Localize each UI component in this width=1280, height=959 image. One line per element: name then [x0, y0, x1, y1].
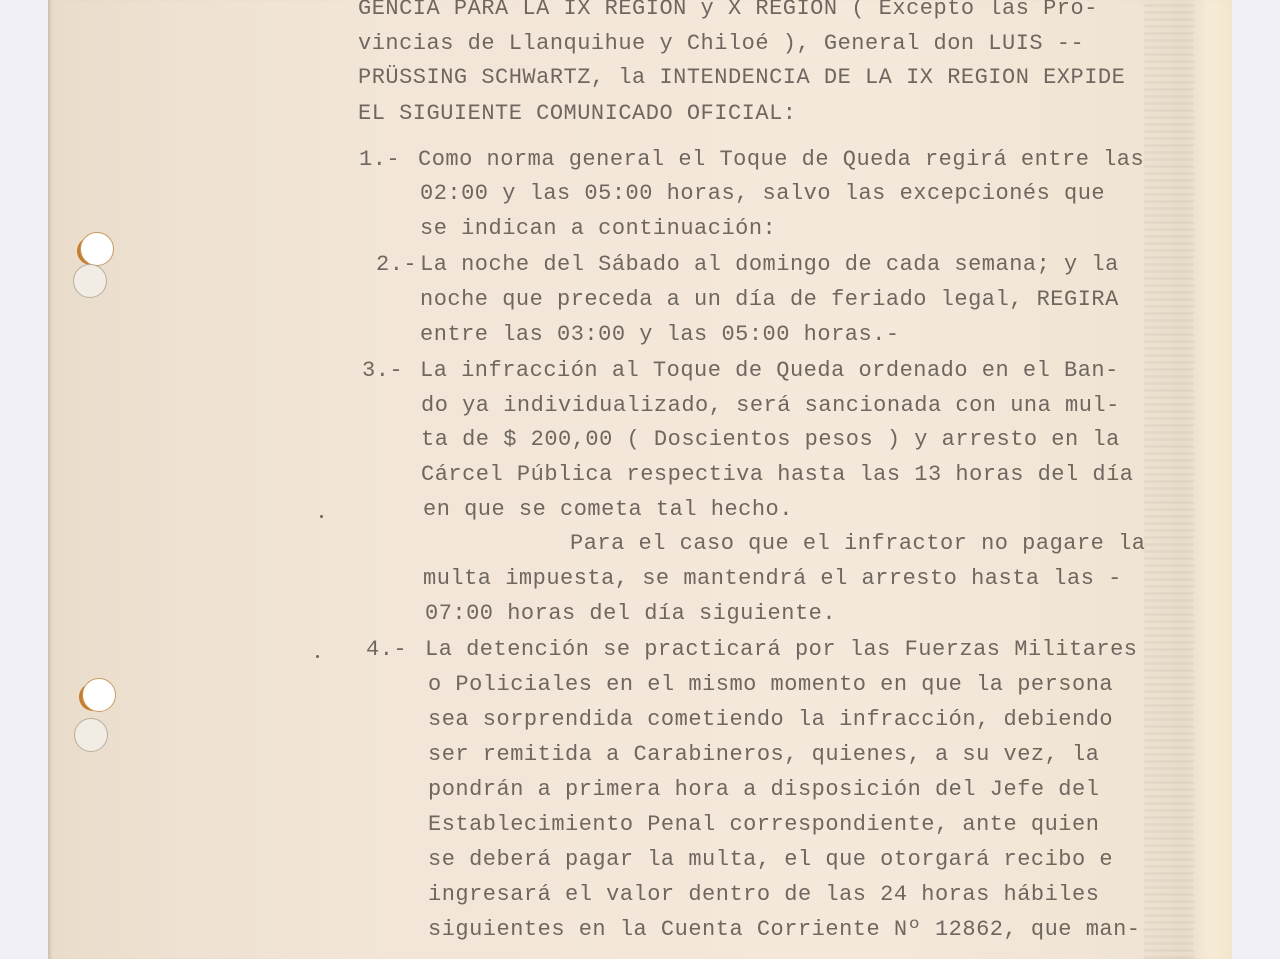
typewritten-text: GENCIA PARA LA IX REGION y X REGION ( Ex… [48, 0, 103, 925]
item-line: se indican a continuación: [420, 216, 776, 241]
intro-line: vincias de Llanquihue y Chiloé ), Genera… [358, 31, 1084, 56]
item-line: noche que preceda a un día de feriado le… [420, 287, 1119, 312]
item-line: La noche del Sábado al domingo de cada s… [420, 252, 1119, 277]
item-line: La infracción al Toque de Queda ordenado… [420, 358, 1119, 383]
item-line: Para el caso que el infractor no pagare … [570, 531, 1146, 556]
item-line: siguientes en la Cuenta Corriente Nº 128… [428, 917, 1141, 942]
paper-speck [316, 655, 319, 658]
item-line: do ya individualizado, será sancionada c… [421, 393, 1120, 418]
item-line: en que se cometa tal hecho. [423, 497, 793, 522]
item-line: ser remitida a Carabineros, quienes, a s… [428, 742, 1099, 767]
item-line: sea sorprendida cometiendo la infracción… [428, 707, 1113, 732]
item-line: 07:00 horas del día siguiente. [425, 601, 836, 626]
item-line: La detención se practicará por las Fuerz… [425, 637, 1138, 662]
item-number: 1.- [359, 147, 400, 172]
paper-speck [320, 515, 323, 518]
item-line: se deberá pagar la multa, el que otorgar… [428, 847, 1113, 872]
item-line: entre las 03:00 y las 05:00 horas.- [420, 322, 900, 347]
item-line: ta de $ 200,00 ( Doscientos pesos ) y ar… [421, 427, 1120, 452]
intro-line: PRÜSSING SCHWaRTZ, la INTENDENCIA DE LA … [358, 65, 1125, 90]
item-line: Como norma general el Toque de Queda reg… [418, 147, 1144, 172]
item-line: Establecimiento Penal correspondiente, a… [428, 812, 1099, 837]
item-line: ingresará el valor dentro de las 24 hora… [428, 882, 1099, 907]
item-line: multa impuesta, se mantendrá el arresto … [423, 566, 1122, 591]
item-line: 02:00 y las 05:00 horas, salvo las excep… [420, 181, 1105, 206]
item-number: 2.- [376, 252, 417, 277]
item-line: pondrán a primera hora a disposición del… [428, 777, 1099, 802]
intro-line: EL SIGUIENTE COMUNICADO OFICIAL: [358, 101, 796, 126]
document-page: GENCIA PARA LA IX REGION y X REGION ( Ex… [48, 0, 1232, 959]
item-line: Cárcel Pública respectiva hasta las 13 h… [421, 462, 1134, 487]
item-number: 4.- [366, 637, 407, 662]
intro-line: GENCIA PARA LA IX REGION y X REGION ( Ex… [358, 0, 1098, 21]
item-line: o Policiales en el mismo momento en que … [428, 672, 1113, 697]
item-number: 3.- [362, 358, 403, 383]
